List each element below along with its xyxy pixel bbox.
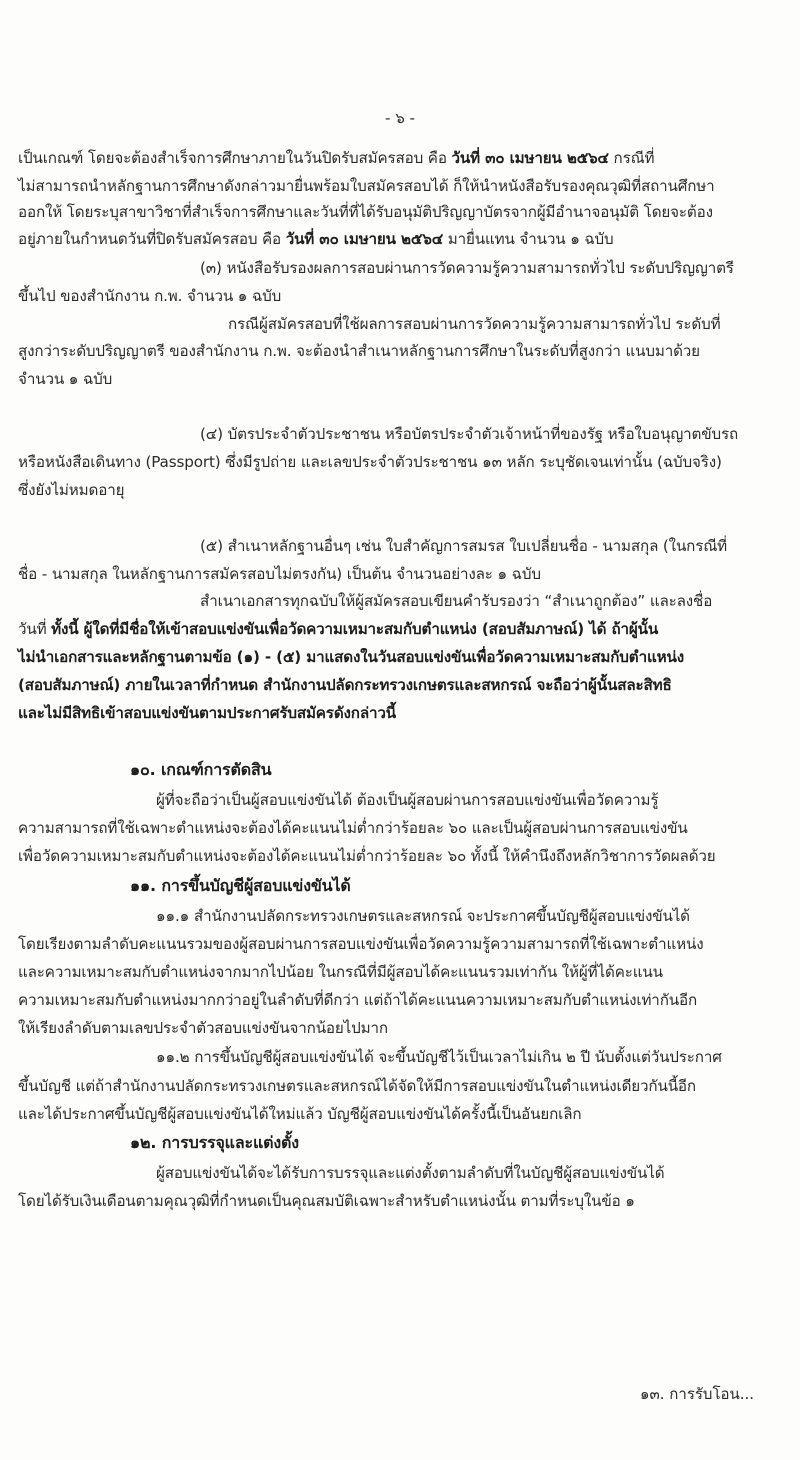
text-span: ให้เรียงลำดับตามเลขประจำตัวสอบแข่งขันจาก… [18,1019,388,1037]
text-line: ไม่สามารถนำหลักฐานการศึกษาดังกล่าวมายื่น… [18,176,715,196]
text-span: ขึ้นบัญชี แต่ถ้าสำนักงานปลัดกระทรวงเกษตร… [18,1077,696,1095]
text-line: (๔) บัตรประจำตัวประชาชน หรือบัตรประจำตัว… [200,424,738,444]
text-line: ๑๑.๑ สำนักงานปลัดกระทรวงเกษตรและสหกรณ์ จ… [156,906,690,926]
text-span: (๕) สำเนาหลักฐานอื่นๆ เช่น ใบสำคัญการสมร… [200,537,727,555]
text-line: เพื่อวัดความเหมาะสมกับตำแหน่งจะต้องได้คะ… [18,846,716,866]
text-line: ความเหมาะสมกับตำแหน่งมากกว่าอยู่ในลำดับท… [18,990,697,1010]
text-span: และความเหมาะสมกับตำแหน่งจากมากไปน้อย ในก… [18,963,663,981]
text-line: จำนวน ๑ ฉบับ [18,369,112,389]
page-number: - ๖ - [0,106,800,130]
text-span: ขึ้นไป ของสำนักงาน ก.พ. จำนวน ๑ ฉบับ [18,287,281,305]
text-span: เป็นเกณฑ์ โดยจะต้องสำเร็จการศึกษาภายในวั… [18,149,451,167]
document-page: - ๖ - เป็นเกณฑ์ โดยจะต้องสำเร็จการศึกษาภ… [0,0,800,1460]
text-line: ผู้ที่จะถือว่าเป็นผู้สอบแข่งขันได้ ต้องเ… [156,790,658,810]
text-span: โดยได้รับเงินเดือนตามคุณวุฒิที่กำหนดเป็น… [18,1192,635,1210]
text-line: ชื่อ - นามสกุล ในหลักฐานการสมัครสอบไม่ตร… [18,564,541,584]
text-line: กรณีผู้สมัครสอบที่ใช้ผลการสอบผ่านการวัดค… [228,314,720,334]
text-line: (๕) สำเนาหลักฐานอื่นๆ เช่น ใบสำคัญการสมร… [200,536,727,556]
text-line: สูงกว่าระดับปริญญาตรี ของสำนักงาน ก.พ. จ… [18,341,700,361]
text-span: ๑๑.๑ สำนักงานปลัดกระทรวงเกษตรและสหกรณ์ จ… [156,907,690,925]
section-heading: ๑๐. เกณฑ์การตัดสิน [130,760,271,780]
text-span: ออกให้ โดยระบุสาขาวิชาที่สำเร็จการศึกษาแ… [18,203,713,221]
text-span: และได้ประกาศขึ้นบัญชีผู้สอบแข่งขันได้ใหม… [18,1105,581,1123]
text-line: สำเนาเอกสารทุกฉบับให้ผู้สมัครสอบเขียนคำร… [200,591,712,611]
text-line: เป็นเกณฑ์ โดยจะต้องสำเร็จการศึกษาภายในวั… [18,148,654,168]
text-line: ไม่นำเอกสารและหลักฐานตามข้อ (๑) - (๕) มา… [18,647,684,667]
text-span: เพื่อวัดความเหมาะสมกับตำแหน่งจะต้องได้คะ… [18,847,716,865]
text-span: ซึ่งยังไม่หมดอายุ [18,481,124,499]
text-line: ขึ้นไป ของสำนักงาน ก.พ. จำนวน ๑ ฉบับ [18,286,281,306]
text-span: ผู้สอบแข่งขันได้จะได้รับการบรรจุและแต่งต… [156,1164,664,1182]
text-line: (สอบสัมภาษณ์) ภายในเวลาที่กำหนด สำนักงาน… [18,675,672,695]
bold-text: ไม่นำเอกสารและหลักฐานตามข้อ (๑) - (๕) มา… [18,648,684,666]
text-span: วันที่ [18,620,51,638]
section-heading: ๑๑. การขึ้นบัญชีผู้สอบแข่งขันได้ [130,876,351,896]
bold-text: และไม่มีสิทธิเข้าสอบแข่งขันตามประกาศรับส… [18,704,396,722]
text-span: หรือหนังสือเดินทาง (Passport) ซึ่งมีรูปถ… [18,453,722,471]
text-line: โดยเรียงตามลำดับคะแนนรวมของผู้สอบผ่านการ… [18,934,704,954]
text-span: มายื่นแทน จำนวน ๑ ฉบับ [443,230,613,248]
text-span: สำเนาเอกสารทุกฉบับให้ผู้สมัครสอบเขียนคำร… [200,592,712,610]
text-span: (๔) บัตรประจำตัวประชาชน หรือบัตรประจำตัว… [200,425,738,443]
bold-text: วันที่ ๓๐ เมษายน ๒๕๖๔ [451,149,608,167]
text-span: ชื่อ - นามสกุล ในหลักฐานการสมัครสอบไม่ตร… [18,565,541,583]
text-span: ๑๑.๒ การขึ้นบัญชีผู้สอบแข่งขันได้ จะขึ้น… [156,1048,722,1066]
text-span: ไม่สามารถนำหลักฐานการศึกษาดังกล่าวมายื่น… [18,177,715,195]
text-line: และความเหมาะสมกับตำแหน่งจากมากไปน้อย ในก… [18,962,663,982]
text-line: ออกให้ โดยระบุสาขาวิชาที่สำเร็จการศึกษาแ… [18,202,713,222]
text-line: ๑๑.๒ การขึ้นบัญชีผู้สอบแข่งขันได้ จะขึ้น… [156,1047,722,1067]
section-heading: ๑๒. การบรรจุและแต่งตั้ง [130,1133,299,1153]
text-span: โดยเรียงตามลำดับคะแนนรวมของผู้สอบผ่านการ… [18,935,704,953]
text-span: (๓) หนังสือรับรองผลการสอบผ่านการวัดความร… [200,259,734,277]
text-span: ๑๑. การขึ้นบัญชีผู้สอบแข่งขันได้ [130,876,351,895]
text-line: ความสามารถที่ใช้เฉพาะตำแหน่งจะต้องได้คะแ… [18,818,688,838]
text-span: จำนวน ๑ ฉบับ [18,370,112,388]
text-line: โดยได้รับเงินเดือนตามคุณวุฒิที่กำหนดเป็น… [18,1191,635,1211]
text-line: และได้ประกาศขึ้นบัญชีผู้สอบแข่งขันได้ใหม… [18,1104,581,1124]
text-line: (๓) หนังสือรับรองผลการสอบผ่านการวัดความร… [200,258,734,278]
text-span: ๑๐. เกณฑ์การตัดสิน [130,760,271,779]
text-span: ผู้ที่จะถือว่าเป็นผู้สอบแข่งขันได้ ต้องเ… [156,791,658,809]
text-span: สูงกว่าระดับปริญญาตรี ของสำนักงาน ก.พ. จ… [18,342,700,360]
bold-text: ทั้งนี้ ผู้ใดที่มีชื่อให้เข้าสอบแข่งขันเ… [51,620,658,638]
text-line: ให้เรียงลำดับตามเลขประจำตัวสอบแข่งขันจาก… [18,1018,388,1038]
continuation-footer: ๑๓. การรับโอน... [640,1382,754,1406]
text-span: กรณีผู้สมัครสอบที่ใช้ผลการสอบผ่านการวัดค… [228,315,720,333]
text-line: ขึ้นบัญชี แต่ถ้าสำนักงานปลัดกระทรวงเกษตร… [18,1076,696,1096]
text-span: ความสามารถที่ใช้เฉพาะตำแหน่งจะต้องได้คะแ… [18,819,688,837]
bold-text: (สอบสัมภาษณ์) ภายในเวลาที่กำหนด สำนักงาน… [18,676,672,694]
text-span: อยู่ภายในกำหนดวันที่ปิดรับสมัครสอบ คือ [18,230,286,248]
text-line: และไม่มีสิทธิเข้าสอบแข่งขันตามประกาศรับส… [18,703,396,723]
text-line: อยู่ภายในกำหนดวันที่ปิดรับสมัครสอบ คือ ว… [18,229,614,249]
text-span: กรณีที่ [609,149,655,167]
text-span: ความเหมาะสมกับตำแหน่งมากกว่าอยู่ในลำดับท… [18,991,697,1009]
text-line: หรือหนังสือเดินทาง (Passport) ซึ่งมีรูปถ… [18,452,722,472]
text-line: ผู้สอบแข่งขันได้จะได้รับการบรรจุและแต่งต… [156,1163,664,1183]
bold-text: วันที่ ๓๐ เมษายน ๒๕๖๔ [286,230,443,248]
text-line: วันที่ ทั้งนี้ ผู้ใดที่มีชื่อให้เข้าสอบแ… [18,619,658,639]
text-line: ซึ่งยังไม่หมดอายุ [18,480,124,500]
text-span: ๑๒. การบรรจุและแต่งตั้ง [130,1133,299,1152]
